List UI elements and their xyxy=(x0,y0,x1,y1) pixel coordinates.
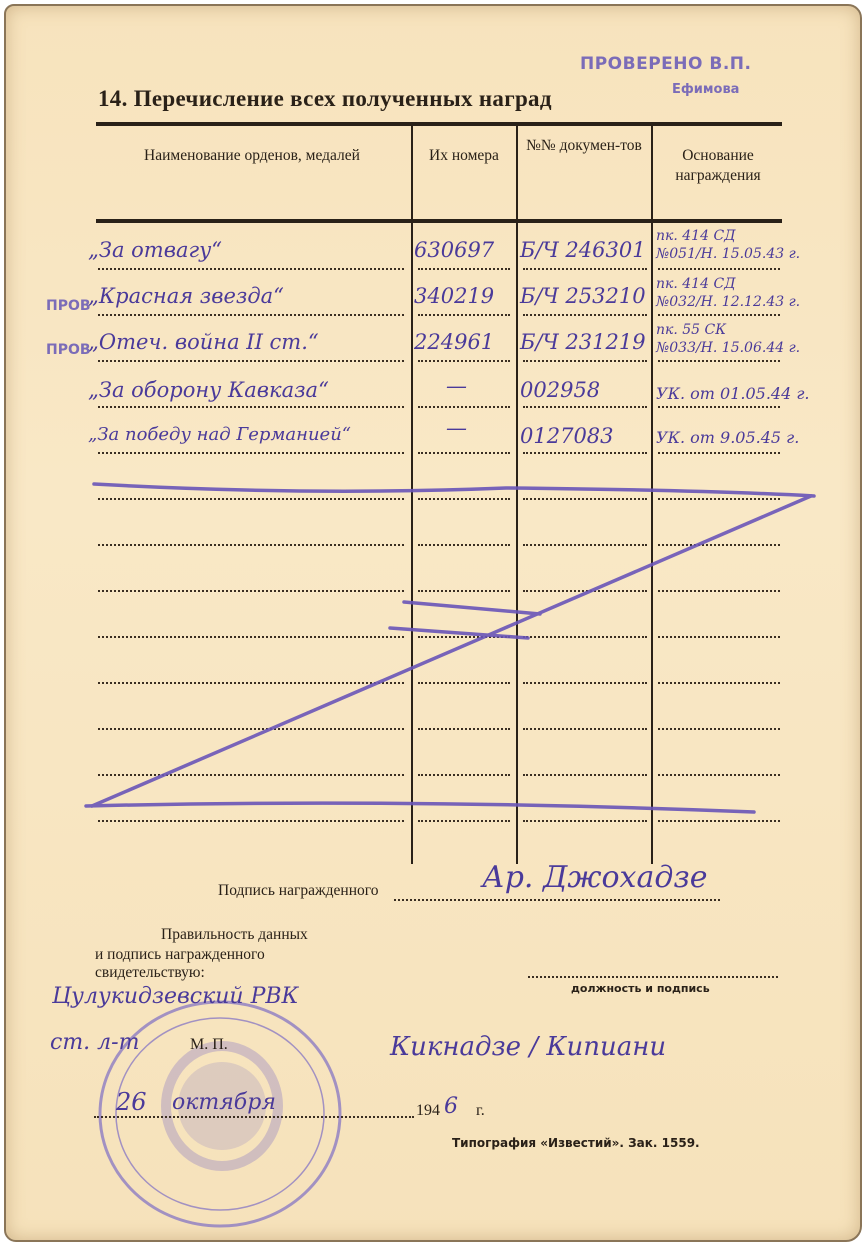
seal-placeholder-label: М. П. xyxy=(190,1036,228,1054)
certification-text-line1: Правильность данных xyxy=(161,926,308,944)
date-line xyxy=(94,1116,414,1118)
margin-stamp: ПРОВ xyxy=(46,342,91,358)
handwritten-rank: ст. л-т xyxy=(50,1030,139,1055)
recipient-signature-line xyxy=(394,899,720,901)
margin-stamp: ПРОВ xyxy=(46,298,91,314)
recipient-signature: Ар. Джохадзе xyxy=(482,860,707,895)
position-signature-caption: должность и подпись xyxy=(571,982,710,995)
officer-signature: Кикнадзе / Кипиани xyxy=(390,1032,666,1062)
certification-text-line3: свидетельствую: xyxy=(95,964,205,982)
award-card-page: 14. Перечисление всех полученных наград … xyxy=(4,4,862,1242)
certification-text-line2: и подпись награжденного xyxy=(95,946,265,964)
handwritten-unit-name: Цулукидзевский РВК xyxy=(52,984,299,1009)
date-day: 26 xyxy=(116,1088,147,1116)
printer-note: Типография «Известий». Зак. 1559. xyxy=(452,1136,700,1150)
strike-through-z-mark xyxy=(6,6,860,906)
date-month: октября xyxy=(172,1090,276,1115)
position-signature-line xyxy=(528,976,778,978)
recipient-signature-label: Подпись награжденного xyxy=(218,882,379,900)
date-year-prefix: 194 xyxy=(416,1102,440,1120)
date-year-suffix-label: г. xyxy=(476,1102,485,1120)
date-year-suffix: 6 xyxy=(444,1094,458,1119)
